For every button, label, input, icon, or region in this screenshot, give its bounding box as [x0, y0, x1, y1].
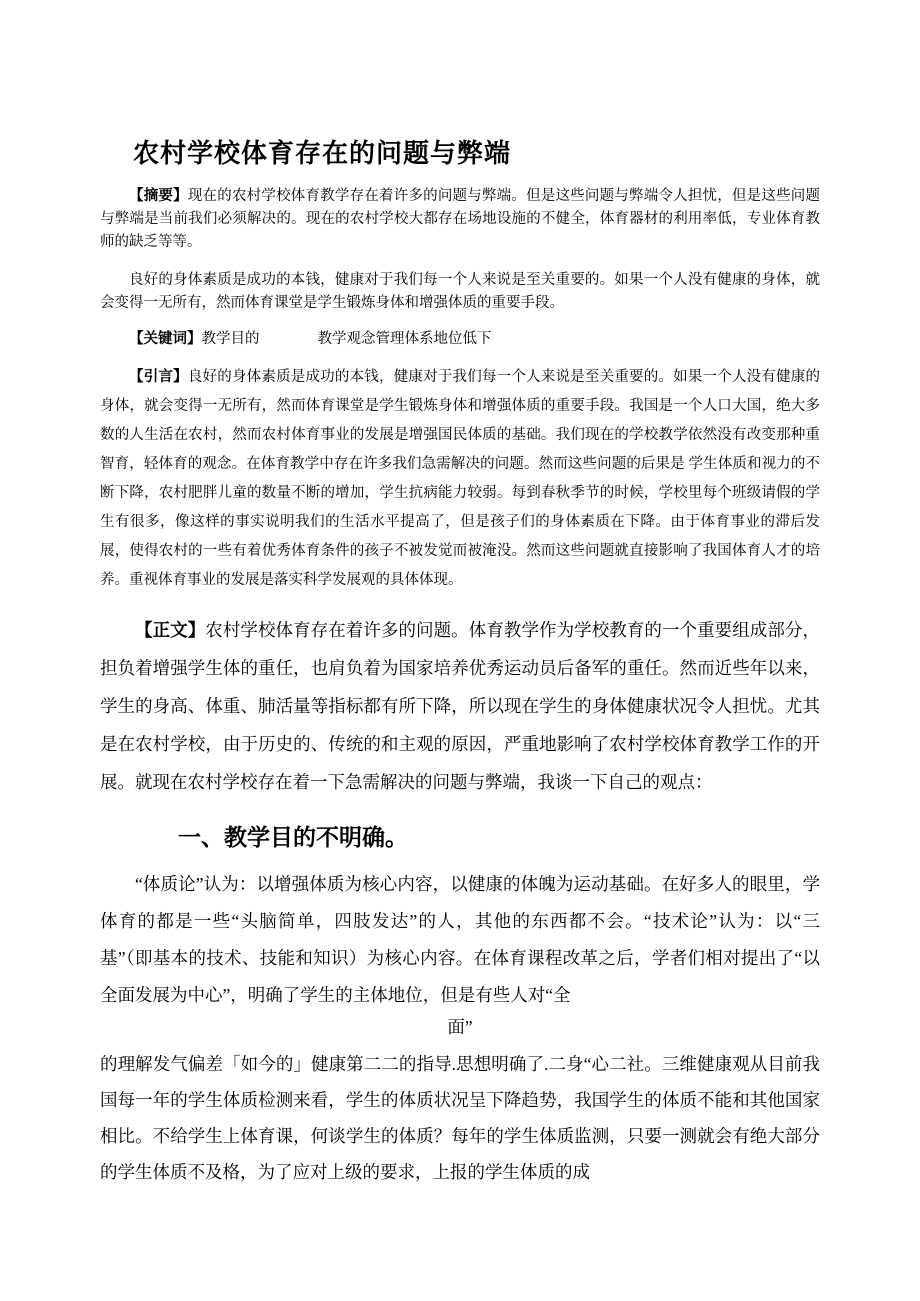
abstract-label: 【摘要】	[129, 188, 188, 204]
section1-heading: 一、教学目的不明确。	[178, 823, 820, 852]
foreword-label: 【引言】	[129, 369, 188, 385]
keywords-paragraph: 【关键词】教学目的 教学观念管理体系地位低下	[100, 328, 820, 351]
keywords-text: 教学目的 教学观念管理体系地位低下	[202, 331, 492, 347]
opening-paragraph: 良好的身体素质是成功的本钱，健康对于我们每一个人来说是至关重要的。如果一个人没有…	[100, 269, 820, 315]
abstract-paragraph: 【摘要】现在的农村学校体育教学存在着许多的问题与弊端。但是这些问题与弊端令人担忧…	[100, 185, 820, 254]
document-page: 农村学校体育存在的问题与弊端 【摘要】现在的农村学校体育教学存在着许多的问题与弊…	[0, 0, 920, 1301]
document-title: 农村学校体育存在的问题与弊端	[133, 138, 820, 169]
main-text-body: 农村学校体育存在着许多的问题。体育教学作为学校教育的一个重要组成部分，担负着增强…	[100, 620, 820, 792]
section1-body2-paragraph: 的理解发气偏差「如今的」健康第二二的指导.思想明确了.二身“心二社。三维健康观从…	[100, 1046, 820, 1190]
foreword-paragraph: 【引言】良好的身体素质是成功的本钱，健康对于我们每一个人来说是至关重要的。如果一…	[100, 363, 820, 595]
section1-body1-paragraph: “体质论”认为：以增强体质为核心内容，以健康的体魄为运动基础。在好多人的眼里，学…	[100, 866, 820, 1014]
main-text-paragraph: 【正文】农村学校体育存在着许多的问题。体育教学作为学校教育的一个重要组成部分，担…	[100, 611, 820, 801]
keywords-label: 【关键词】	[129, 331, 202, 347]
abstract-text: 现在的农村学校体育教学存在着许多的问题与弊端。但是这些问题与弊端令人担忧，但是这…	[100, 188, 820, 250]
section1-overflow-line: 面”	[100, 1014, 820, 1040]
opening-text: 良好的身体素质是成功的本钱，健康对于我们每一个人来说是至关重要的。如果一个人没有…	[100, 272, 820, 311]
foreword-text: 良好的身体素质是成功的本钱，健康对于我们每一个人来说是至关重要的。如果一个人没有…	[100, 369, 820, 588]
main-text-label: 【正文】	[135, 620, 205, 640]
